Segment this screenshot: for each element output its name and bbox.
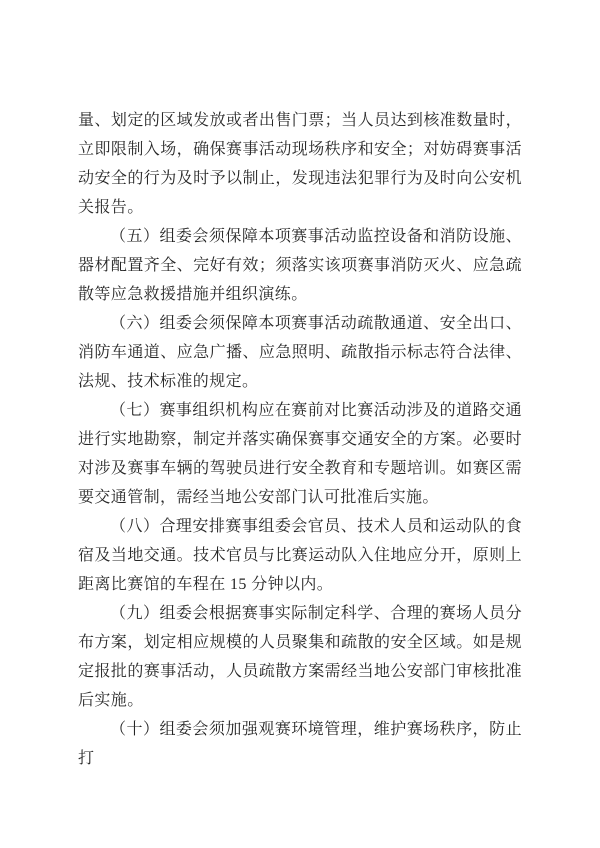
- paragraph-item-ten: （十）组委会须加强观赛环境管理，维护赛场秩序，防止打: [78, 715, 522, 773]
- paragraph-item-nine: （九）组委会根据赛事实际制定科学、合理的赛场人员分布方案，划定相应规模的人员聚集…: [78, 599, 522, 715]
- paragraph-item-eight: （八）合理安排赛事组委会官员、技术人员和运动队的食宿及当地交通。技术官员与比赛运…: [78, 512, 522, 599]
- document-page: 量、划定的区域发放或者出售门票；当人员达到核准数量时，立即限制入场，确保赛事活动…: [0, 0, 600, 848]
- paragraph-item-six: （六）组委会须保障本项赛事活动疏散通道、安全出口、消防车通道、应急广播、应急照明…: [78, 309, 522, 396]
- paragraph-item-seven: （七）赛事组织机构应在赛前对比赛活动涉及的道路交通进行实地勘察，制定并落实确保赛…: [78, 396, 522, 512]
- paragraph-continuation: 量、划定的区域发放或者出售门票；当人员达到核准数量时，立即限制入场，确保赛事活动…: [78, 106, 522, 222]
- paragraph-item-five: （五）组委会须保障本项赛事活动监控设备和消防设施、器材配置齐全、完好有效；须落实…: [78, 222, 522, 309]
